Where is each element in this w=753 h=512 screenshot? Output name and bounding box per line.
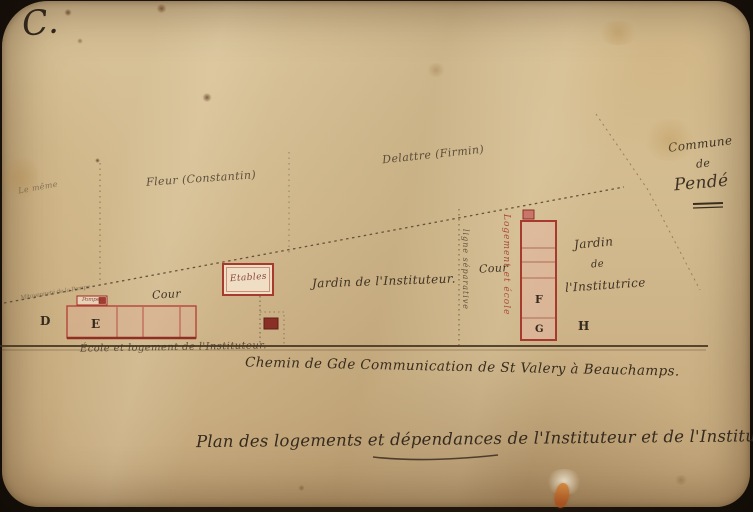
pompe-label: Pompe (82, 297, 99, 303)
jardin-institutrice-line2: de (591, 258, 605, 270)
well-square (264, 318, 278, 329)
letter-e: E (91, 317, 101, 331)
commune-line2: de (695, 156, 711, 170)
commune-underline-2 (693, 207, 723, 208)
school-building-f (521, 210, 556, 340)
letter-f: F (535, 293, 543, 306)
letter-g: G (535, 324, 544, 335)
ligne-separative-label: ligne séparative (461, 229, 470, 310)
cour-left-label: Cour (152, 287, 182, 301)
school-building-e (67, 306, 196, 338)
letter-h: H (578, 319, 590, 333)
title-underline (373, 455, 498, 460)
logement-ecole-vertical-label: Logement et école (501, 214, 511, 315)
plan-paper: C. Le même Fleur (Constantin) Delattre (… (2, 1, 750, 507)
commune-underline-1 (693, 203, 723, 204)
sheet-letter: C. (20, 1, 60, 45)
photo-background: C. Le même Fleur (Constantin) Delattre (… (0, 0, 753, 512)
letter-d: D (40, 314, 51, 328)
well-box-f (523, 210, 534, 219)
